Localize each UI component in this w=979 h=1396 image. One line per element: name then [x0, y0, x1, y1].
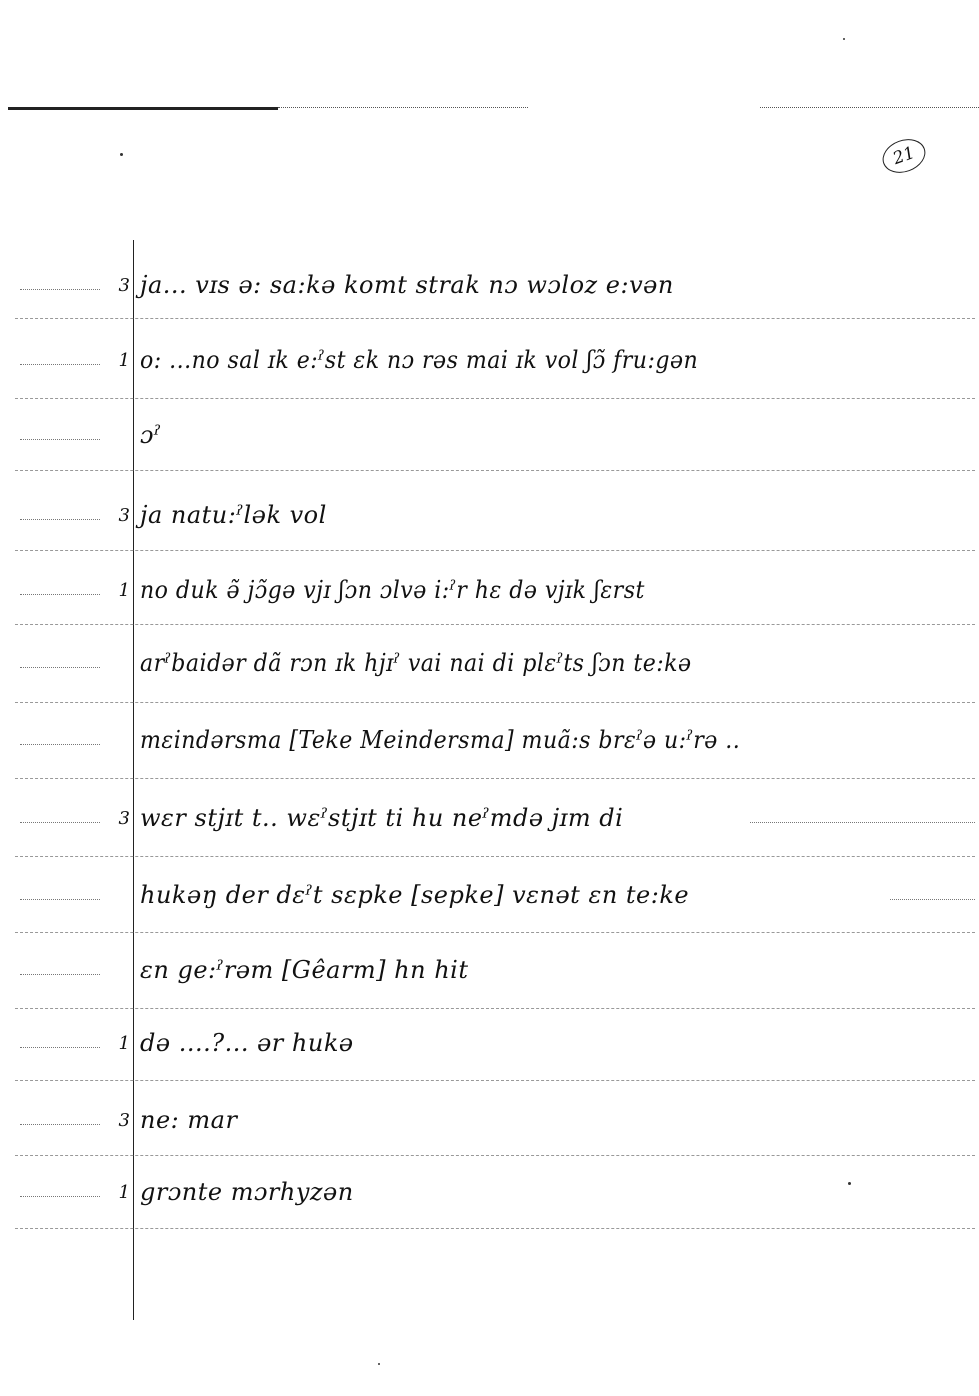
speaker-number: 1 — [100, 1182, 130, 1203]
line-text: grɔnte mɔrhyzən — [140, 1178, 354, 1206]
transcript-line: 1 grɔnte mɔrhyzən — [0, 1172, 979, 1212]
transcript-line: 1 no duk ə̃ jɔ̃gə vjɪ ʃɔn ɔlvə i:ˀr hɛ d… — [0, 570, 979, 610]
transcript-line: 1 də ....?... ər hukə — [0, 1023, 979, 1063]
speaker-number: 3 — [100, 1110, 130, 1131]
leader-dots — [20, 822, 100, 823]
leader-dots — [20, 667, 100, 668]
ruled-line — [15, 1155, 975, 1156]
speaker-number: 1 — [100, 580, 130, 601]
transcript-line: ɔˀ — [0, 415, 979, 455]
leader-dots — [20, 519, 100, 520]
scan-speck — [378, 1363, 380, 1365]
ruled-line — [15, 318, 975, 319]
leader-dots — [20, 364, 100, 365]
leader-dots — [20, 594, 100, 595]
ruled-line — [15, 932, 975, 933]
ruled-line — [15, 702, 975, 703]
trailing-dots — [890, 899, 975, 900]
ruled-line — [15, 1008, 975, 1009]
line-text: ja... vɪs ə: sa:kə komt strak nɔ wɔloz e… — [140, 271, 674, 299]
line-text: ne: mar — [140, 1106, 237, 1134]
leader-dots — [20, 439, 100, 440]
transcript-line: 3 wɛr stjɪt t.. wɛˀstjɪt ti hu neˀmdə jɪ… — [0, 798, 979, 838]
line-text: ja natu:ˀlək vol — [140, 501, 327, 529]
ruled-line — [15, 856, 975, 857]
speaker-number: 3 — [100, 275, 130, 296]
margin-rule — [133, 240, 134, 1320]
speaker-number: 1 — [100, 1033, 130, 1054]
ruled-line — [15, 1228, 975, 1229]
leader-dots — [20, 1124, 100, 1125]
line-text: ɔˀ — [140, 421, 161, 449]
leader-dots — [20, 289, 100, 290]
line-text: hukəŋ der dɛˀt sɛpke [sepke] vɛnət ɛn te… — [140, 881, 689, 909]
leader-dots — [20, 744, 100, 745]
line-text: no duk ə̃ jɔ̃gə vjɪ ʃɔn ɔlvə i:ˀr hɛ də … — [140, 576, 645, 604]
line-text: wɛr stjɪt t.. wɛˀstjɪt ti hu neˀmdə jɪm … — [140, 804, 623, 832]
leader-dots — [20, 1047, 100, 1048]
ruled-line — [15, 778, 975, 779]
leader-dots — [20, 1196, 100, 1197]
transcript-line: hukəŋ der dɛˀt sɛpke [sepke] vɛnət ɛn te… — [0, 875, 979, 915]
line-text: arˀbaidər dã rɔn ɪk hjɪˀ vai nai di plɛˀ… — [140, 649, 692, 677]
transcript-line: 3 ja... vɪs ə: sa:kə komt strak nɔ wɔloz… — [0, 265, 979, 305]
header-rule — [8, 107, 278, 110]
trailing-dots — [750, 822, 975, 823]
line-text: ɛn ge:ˀrəm [Gêarm] hn hit — [140, 956, 469, 984]
transcript-line: mɛindərsma [Teke Meindersma] muã:s brɛˀə… — [0, 720, 979, 760]
leader-dots — [20, 899, 100, 900]
line-text: də ....?... ər hukə — [140, 1029, 354, 1057]
speaker-number: 3 — [100, 808, 130, 829]
page-number: 21 — [878, 133, 930, 178]
speaker-number: 3 — [100, 505, 130, 526]
line-text: o: ...no sal ɪk e:ˀst ɛk nɔ rəs mai ɪk v… — [140, 346, 698, 374]
ruled-line — [15, 624, 975, 625]
ruled-line — [15, 398, 975, 399]
transcript-line: 1 o: ...no sal ɪk e:ˀst ɛk nɔ rəs mai ɪk… — [0, 340, 979, 380]
ruled-line — [15, 470, 975, 471]
scan-speck — [120, 153, 123, 156]
speaker-number: 1 — [100, 350, 130, 371]
transcript-line: arˀbaidər dã rɔn ɪk hjɪˀ vai nai di plɛˀ… — [0, 643, 979, 683]
header-rule-right — [760, 107, 979, 108]
transcript-line: 3 ne: mar — [0, 1100, 979, 1140]
line-text: mɛindərsma [Teke Meindersma] muã:s brɛˀə… — [140, 726, 740, 754]
ruled-line — [15, 1080, 975, 1081]
transcript-line: ɛn ge:ˀrəm [Gêarm] hn hit — [0, 950, 979, 990]
leader-dots — [20, 974, 100, 975]
scan-speck — [843, 38, 845, 40]
ruled-line — [15, 550, 975, 551]
header-rule-dotted — [278, 107, 528, 108]
transcript-line: 3 ja natu:ˀlək vol — [0, 495, 979, 535]
